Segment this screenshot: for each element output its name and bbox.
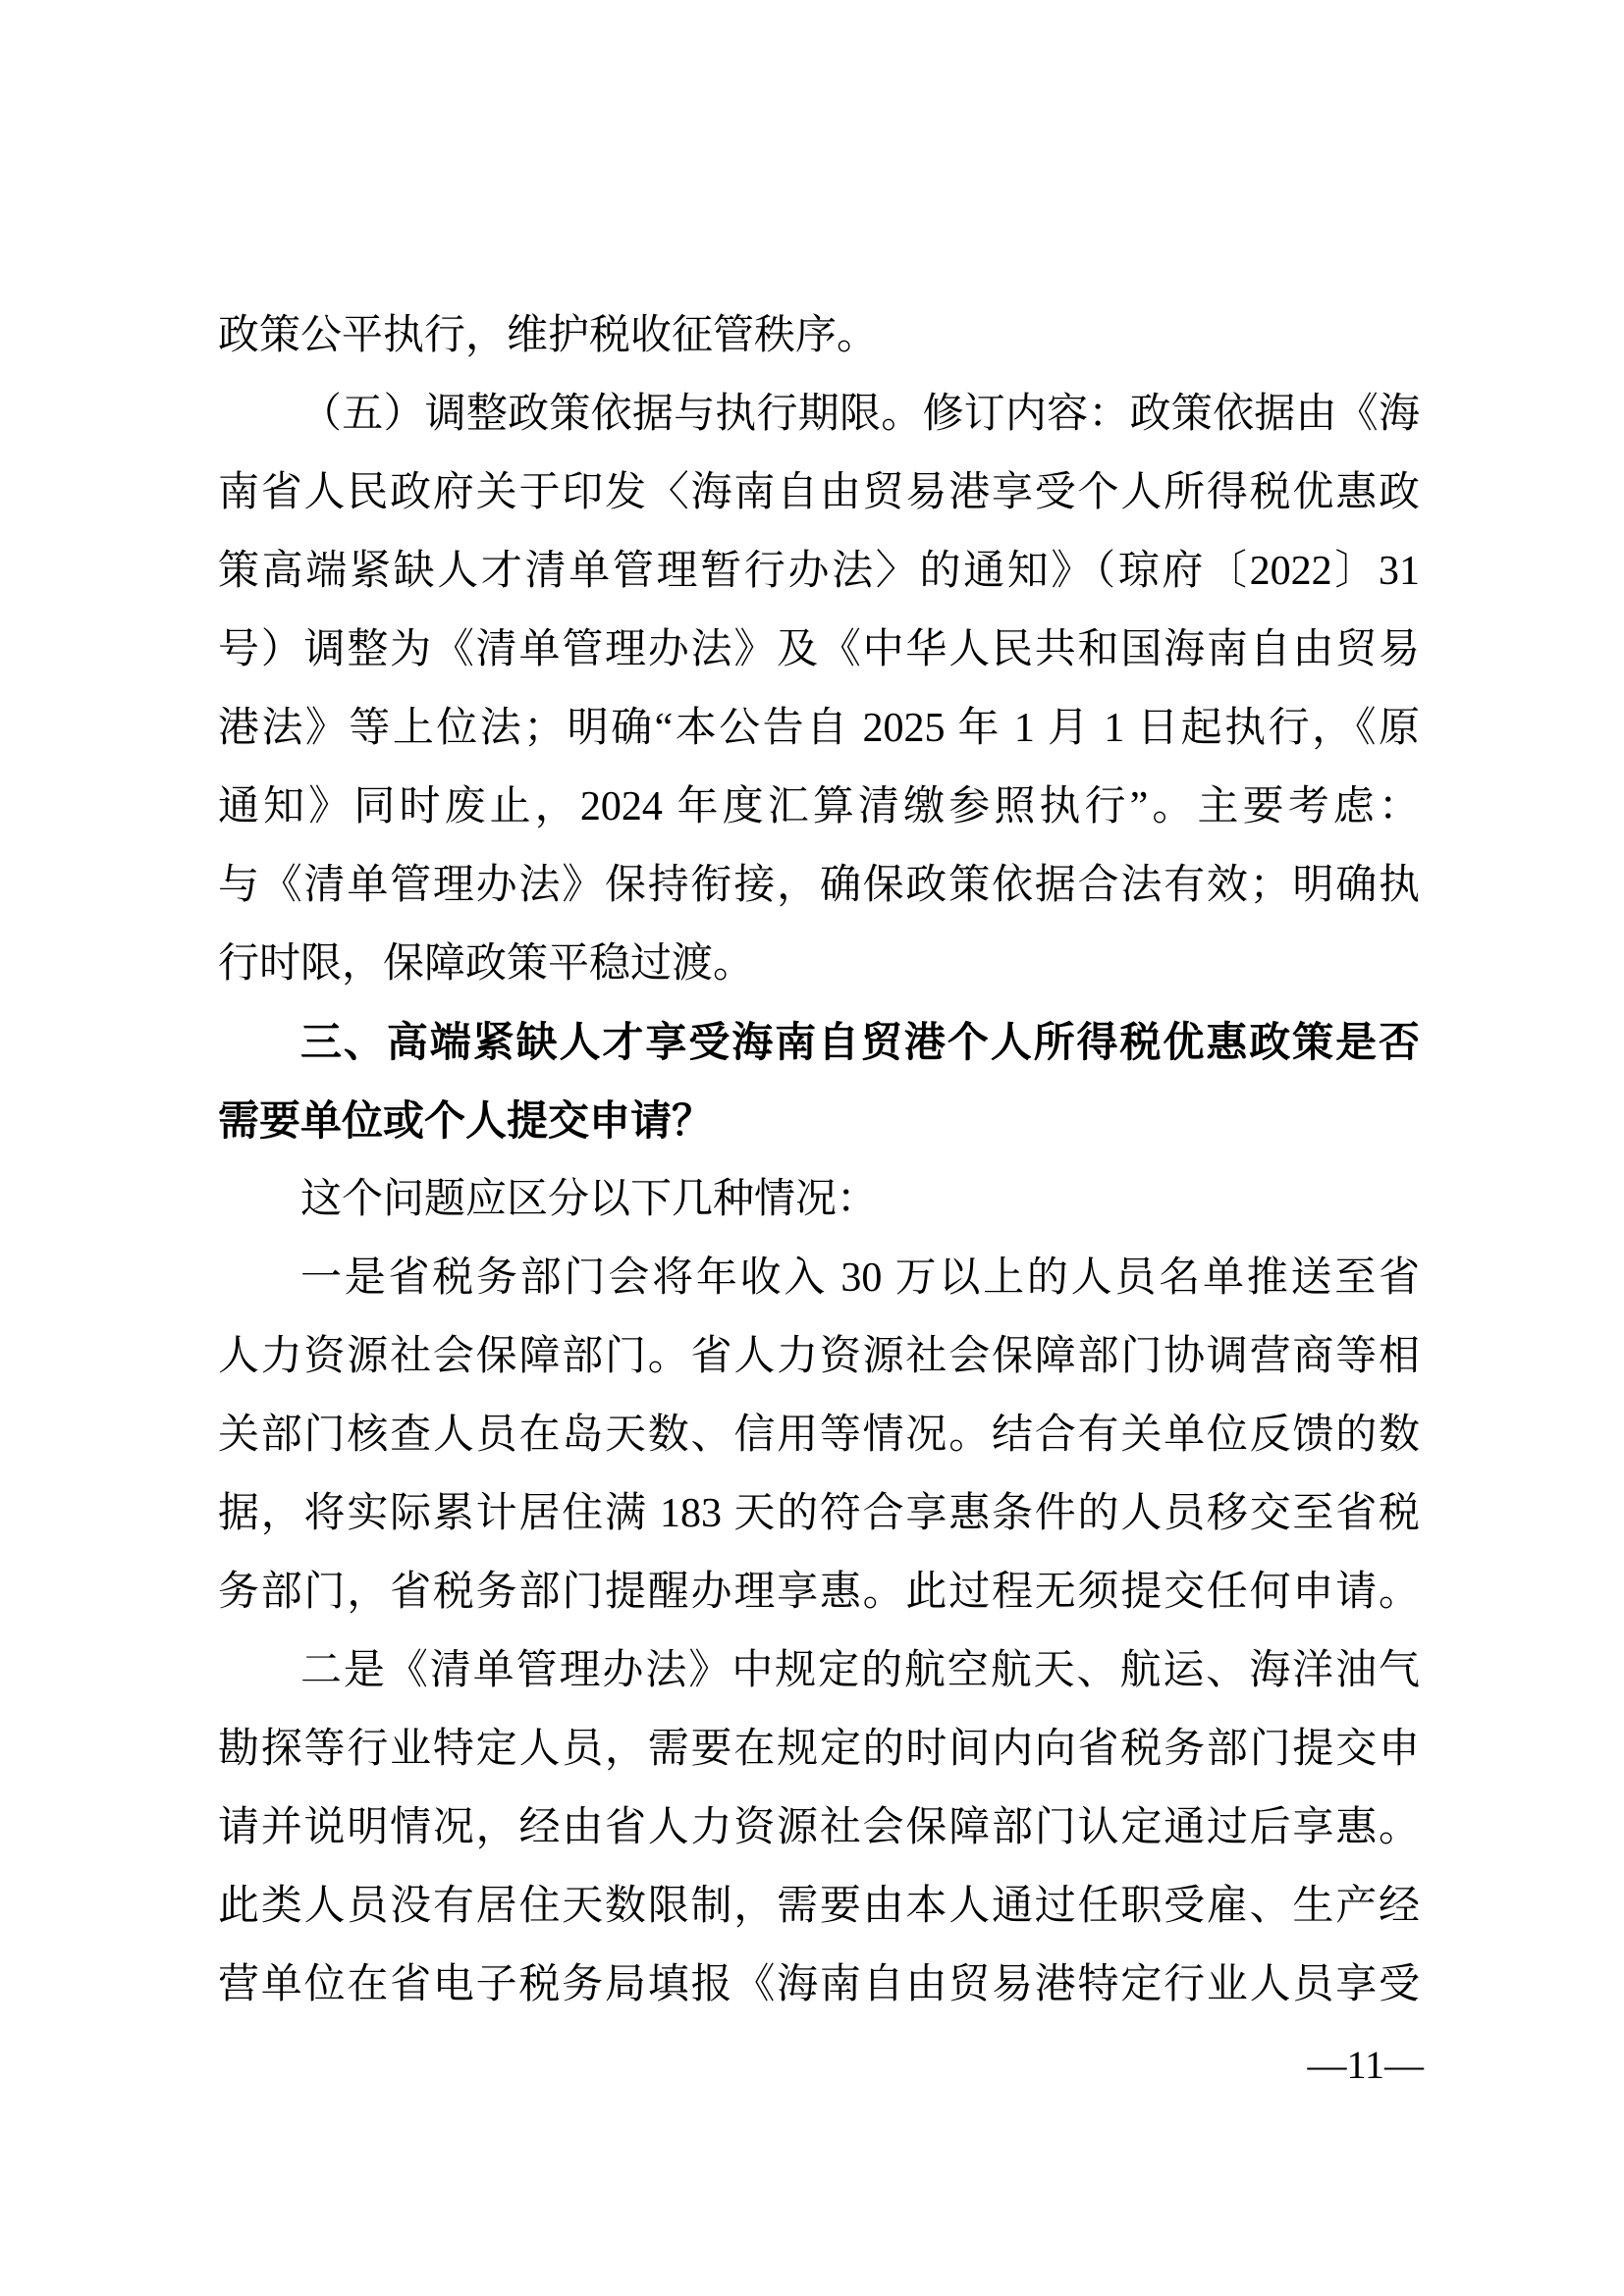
- text-line: 号）调整为《清单管理办法》及《中华人民共和国海南自由贸易: [218, 611, 1420, 689]
- document-body: 政策公平执行，维护税收征管秩序。（五）调整政策依据与执行期限。修订内容：政策依据…: [218, 296, 1420, 2024]
- text-line: 二是《清单管理办法》中规定的航空航天、航运、海洋油气: [218, 1631, 1420, 1710]
- text-line: 通知》同时废止，2024 年度汇算清缴参照执行”。主要考虑：: [218, 768, 1420, 846]
- text-line: 营单位在省电子税务局填报《海南自由贸易港特定行业人员享受: [218, 1946, 1420, 2024]
- text-line: 一是省税务部门会将年收入 30 万以上的人员名单推送至省: [218, 1239, 1420, 1317]
- document-page: 政策公平执行，维护税收征管秩序。（五）调整政策依据与执行期限。修订内容：政策依据…: [0, 0, 1624, 2296]
- text-line: 港法》等上位法；明确“本公告自 2025 年 1 月 1 日起执行，《原: [218, 689, 1420, 768]
- text-line: （五）调整政策依据与执行期限。修订内容：政策依据由《海: [218, 375, 1420, 454]
- text-line: 策高端紧缺人才清单管理暂行办法〉的通知》（琼府〔2022〕31: [218, 532, 1420, 611]
- text-line: 与《清单管理办法》保持衔接，确保政策依据合法有效；明确执: [218, 846, 1420, 925]
- page-number: —11—: [1307, 2042, 1424, 2089]
- text-line: 关部门核查人员在岛天数、信用等情况。结合有关单位反馈的数: [218, 1396, 1420, 1474]
- text-line: 此类人员没有居住天数限制，需要由本人通过任职受雇、生产经: [218, 1867, 1420, 1946]
- text-line: 行时限，保障政策平稳过渡。: [218, 925, 1420, 1003]
- heading-line: 需要单位或个人提交申请？: [218, 1082, 1420, 1160]
- text-line: 这个问题应区分以下几种情况：: [218, 1160, 1420, 1239]
- text-line: 南省人民政府关于印发〈海南自由贸易港享受个人所得税优惠政: [218, 454, 1420, 532]
- heading-line: 三、高端紧缺人才享受海南自贸港个人所得税优惠政策是否: [218, 1003, 1420, 1082]
- text-line: 据，将实际累计居住满 183 天的符合享惠条件的人员移交至省税: [218, 1474, 1420, 1553]
- text-line: 勘探等行业特定人员，需要在规定的时间内向省税务部门提交申: [218, 1710, 1420, 1789]
- text-line: 务部门，省税务部门提醒办理享惠。此过程无须提交任何申请。: [218, 1553, 1420, 1631]
- text-line: 请并说明情况，经由省人力资源社会保障部门认定通过后享惠。: [218, 1789, 1420, 1867]
- text-line: 人力资源社会保障部门。省人力资源社会保障部门协调营商等相: [218, 1317, 1420, 1396]
- text-line: 政策公平执行，维护税收征管秩序。: [218, 296, 1420, 375]
